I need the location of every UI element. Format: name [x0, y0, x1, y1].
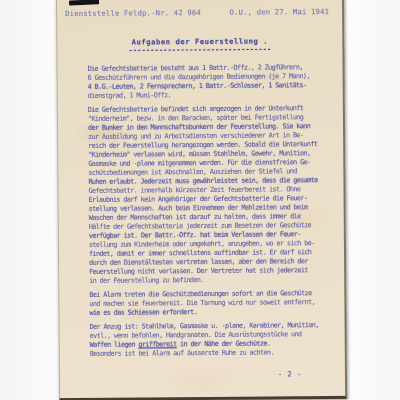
text-line: und machen sie feuerbereit. Die Tarnung …: [89, 298, 325, 309]
paragraph-quarters: Die Gefechtsbatterie befindet sich angez…: [88, 104, 325, 286]
text-line: dienstgrad, 1 Muni-Offz.: [88, 90, 324, 101]
title-block: Aufgaben der Feuerstellung . -----------…: [57, 36, 342, 53]
letterhead-office: Dienststelle Feldp.-Nr. 42 964: [65, 8, 201, 18]
paragraph-alarm: Bei Alarm treten die Geschützbedienungen…: [89, 289, 325, 318]
text-line: "Kinderheim" verlassen wird, müssen Stah…: [88, 149, 324, 160]
document-page: Dienststelle Feldp.-Nr. 42 964 O.U., den…: [56, 0, 347, 400]
text-line: evtl., wenn befohlen, Handgranaten. Die …: [90, 330, 326, 341]
scan-background: Dienststelle Feldp.-Nr. 42 964 O.U., den…: [0, 0, 400, 400]
tape-mark: [69, 0, 99, 6]
letterhead: Dienststelle Feldp.-Nr. 42 964 O.U., den…: [57, 7, 342, 18]
text-line: 6 Geschützführern und die dazugehörigen …: [88, 72, 324, 83]
text-line: Hälfte der Gefechtsbatterie jederzeit zu…: [89, 221, 325, 232]
text-segment: in der Nähe der Geschütze.: [177, 339, 271, 348]
text-line: Gefechtsbattr. innerhalb kürzester Zeit …: [88, 185, 324, 196]
text-segment: Waffen liegen: [90, 340, 139, 348]
text-line: zur Ausbildung und zu Arbeitsdiensten ve…: [88, 131, 324, 142]
page-number: - 2 -: [278, 370, 302, 378]
text-line: in der Feuerstellung zu befinden.: [89, 275, 325, 286]
paragraph-equipment: Der Anzug ist: Stahlhelm, Gasmaske u. -p…: [90, 321, 326, 359]
text-line: schützbedienungen ist Abschnallen, Auszi…: [88, 167, 324, 178]
letterhead-date: O.U., den 27. Mai 1941: [229, 7, 329, 17]
text-line: Besonders ist bei Alarm auf äusserste Ru…: [90, 348, 326, 359]
text-line: durch den Dienstältesten vertreten lasse…: [89, 257, 325, 268]
title-underline: ---------------------------------: [57, 46, 342, 53]
paragraph-composition: Die Gefechtsbatterie besteht aus 1 Battr…: [88, 63, 324, 101]
document-body: Die Gefechtsbatterie besteht aus 1 Battr…: [88, 63, 326, 364]
text-line: "Kinderheim", bezw. in den Baracken, spä…: [88, 113, 324, 124]
underlined-word: griffbereit: [138, 340, 176, 348]
text-line: stellung verlassen. Auch beim Einnehmen …: [89, 203, 325, 214]
text-line: wie es das Schiessen erfordert.: [89, 307, 325, 318]
text-line: stellung zum Kinderheim oder umgekehrt, …: [89, 239, 325, 250]
